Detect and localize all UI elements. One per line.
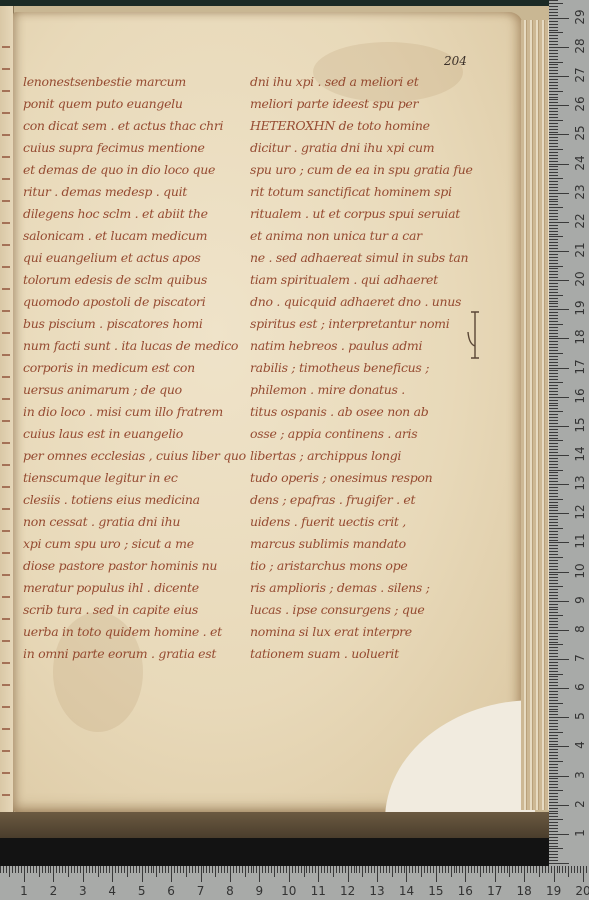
ruler-tick xyxy=(549,184,558,185)
ruler-tick xyxy=(549,0,558,1)
ruler-tick xyxy=(549,146,558,147)
ruler-tick xyxy=(74,866,75,873)
repair-patch xyxy=(385,700,535,824)
ruler-tick xyxy=(549,207,563,208)
ruler-tick xyxy=(415,866,416,873)
text-line: dni ihu xpi . sed a meliori et xyxy=(250,71,460,93)
ruler-tick xyxy=(549,516,558,517)
ruler-tick xyxy=(277,866,278,873)
ruler-tick xyxy=(549,837,558,838)
ruler-tick xyxy=(549,41,558,42)
ruler-tick xyxy=(549,70,558,71)
ruler-tick xyxy=(549,615,563,616)
ruler-tick xyxy=(549,353,563,354)
ruler-tick xyxy=(512,866,513,873)
ruler-tick xyxy=(549,370,558,371)
ruler-tick xyxy=(549,630,569,631)
ruler-tick xyxy=(549,574,558,575)
ruler-tick xyxy=(549,583,558,584)
ruler-tick xyxy=(549,723,558,724)
ruler-tick xyxy=(509,866,510,877)
ruler-tick xyxy=(549,117,558,118)
ruler-label: 23 xyxy=(573,183,587,201)
ruler-tick xyxy=(115,866,116,873)
ruler-tick xyxy=(549,834,569,835)
ruler-tick xyxy=(549,805,569,806)
ruler-tick xyxy=(549,598,558,599)
ruler-tick xyxy=(398,866,399,873)
ruler-tick xyxy=(206,866,207,873)
ruler-tick xyxy=(383,866,384,873)
ruler-tick xyxy=(549,347,558,348)
ruler-tick xyxy=(549,697,558,698)
ruler-tick xyxy=(304,866,305,877)
text-column-right: dni ihu xpi . sed a meliori etmeliori pa… xyxy=(250,71,460,665)
ruler-tick xyxy=(192,866,193,873)
ink-fragment xyxy=(2,794,10,796)
ruler-tick xyxy=(112,866,113,882)
ruler-tick xyxy=(549,446,558,447)
ruler-tick xyxy=(242,866,243,873)
ruler-tick xyxy=(549,254,558,255)
ruler-tick xyxy=(124,866,125,873)
ruler-tick xyxy=(145,866,146,873)
ruler-tick xyxy=(549,857,558,858)
ruler-tick xyxy=(380,866,381,873)
ruler-tick xyxy=(100,866,101,873)
ruler-tick xyxy=(549,604,558,605)
ruler-tick xyxy=(549,111,558,112)
text-line: uersus animarum ; de quo xyxy=(23,379,233,401)
ruler-tick xyxy=(549,752,558,753)
ruler-tick xyxy=(549,542,569,543)
ruler-tick xyxy=(549,196,558,197)
text-line: per omnes ecclesias , cuius liber quo xyxy=(23,445,233,467)
ruler-tick xyxy=(53,866,54,882)
ruler-tick xyxy=(549,487,558,488)
ruler-tick xyxy=(103,866,104,873)
ruler-label: 17 xyxy=(487,884,502,898)
ruler-tick xyxy=(549,773,558,774)
ruler-tick xyxy=(333,866,334,877)
ink-fragment xyxy=(2,420,10,422)
ruler-tick xyxy=(549,534,558,535)
ruler-label: 5 xyxy=(573,707,587,725)
ruler-tick xyxy=(549,735,558,736)
ruler-tick xyxy=(151,866,152,873)
ruler-tick xyxy=(286,866,287,873)
ink-fragment xyxy=(2,662,10,664)
text-line: tio ; aristarchus mons ope xyxy=(250,555,460,577)
ink-fragment xyxy=(2,728,10,730)
ruler-tick xyxy=(549,30,558,31)
ruler-label: 20 xyxy=(575,884,589,898)
ruler-tick xyxy=(42,866,43,873)
ink-fragment xyxy=(2,596,10,598)
ruler-tick xyxy=(549,496,558,497)
ruler-tick xyxy=(162,866,163,873)
ruler-tick xyxy=(549,653,558,654)
text-line: diose pastore pastor hominis nu xyxy=(23,555,233,577)
ruler-label: 22 xyxy=(573,212,587,230)
ruler-tick xyxy=(549,166,558,167)
ruler-tick xyxy=(549,330,558,331)
ruler-tick xyxy=(549,802,558,803)
ruler-tick xyxy=(549,612,558,613)
ruler-label: 2 xyxy=(50,884,58,898)
ruler-tick xyxy=(549,481,558,482)
ruler-tick xyxy=(549,59,558,60)
ruler-tick xyxy=(98,866,99,877)
ruler-tick xyxy=(251,866,252,873)
ruler-tick xyxy=(549,365,558,366)
ruler-tick xyxy=(465,866,466,882)
ruler-tick xyxy=(549,140,558,141)
ruler-tick xyxy=(549,164,569,165)
ruler-tick xyxy=(227,866,228,873)
ruler-tick xyxy=(549,327,558,328)
ruler-tick xyxy=(392,866,393,877)
ruler-tick xyxy=(433,866,434,873)
ruler-tick xyxy=(549,822,558,823)
ruler-tick xyxy=(549,18,569,19)
ruler-tick xyxy=(436,866,437,882)
ruler-tick xyxy=(549,432,558,433)
ruler-tick xyxy=(549,502,558,503)
ruler-tick xyxy=(549,91,563,92)
ruler-tick xyxy=(549,426,569,427)
ruler-tick xyxy=(549,321,558,322)
ruler-tick xyxy=(549,190,558,191)
ruler-tick xyxy=(549,811,558,812)
ruler-tick xyxy=(549,659,569,660)
text-line: dno . quicquid adhaeret dno . unus xyxy=(250,291,460,313)
ruler-tick xyxy=(268,866,269,873)
ruler-label: 6 xyxy=(167,884,175,898)
ruler-tick xyxy=(24,866,25,882)
ruler-tick xyxy=(315,866,316,873)
ruler-tick xyxy=(298,866,299,873)
marginal-mark-icon xyxy=(465,310,481,360)
ruler-tick xyxy=(45,866,46,873)
ruler-tick xyxy=(549,27,558,28)
ruler-label: 13 xyxy=(573,474,587,492)
ruler-tick xyxy=(549,64,558,65)
ink-fragment xyxy=(2,552,10,554)
ruler-tick xyxy=(549,213,558,214)
text-line: ris amplioris ; demas . silens ; xyxy=(250,577,460,599)
ruler-tick xyxy=(549,746,569,747)
ruler-tick xyxy=(507,866,508,873)
ruler-tick xyxy=(549,420,558,421)
ruler-tick xyxy=(365,866,366,873)
ruler-tick xyxy=(283,866,284,873)
ruler-label: 1 xyxy=(20,884,28,898)
ruler-tick xyxy=(549,566,558,567)
ruler-tick xyxy=(549,175,558,176)
ink-fragment xyxy=(2,310,10,312)
ruler-tick xyxy=(318,866,319,882)
ruler-tick xyxy=(549,846,558,847)
ink-fragment xyxy=(2,464,10,466)
text-line: lenonestsenbestie marcum xyxy=(23,71,233,93)
ruler-tick xyxy=(459,866,460,873)
ruler-tick xyxy=(130,866,131,873)
ruler-tick xyxy=(156,866,157,877)
ruler-tick xyxy=(548,866,549,873)
ruler-tick xyxy=(549,94,558,95)
ruler-tick xyxy=(306,866,307,873)
text-line: quomodo apostoli de piscatori xyxy=(23,291,233,313)
ruler-tick xyxy=(549,376,558,377)
ruler-tick xyxy=(536,866,537,873)
ruler-tick xyxy=(330,866,331,873)
ruler-tick xyxy=(549,210,558,211)
ruler-tick xyxy=(549,851,558,852)
ruler-tick xyxy=(456,866,457,873)
ruler-tick xyxy=(549,848,563,849)
ruler-tick xyxy=(549,414,558,415)
ruler-tick xyxy=(549,271,558,272)
ruler-tick xyxy=(549,251,569,252)
ruler-tick xyxy=(549,286,558,287)
ruler-tick xyxy=(127,866,128,877)
ruler-tick xyxy=(386,866,387,873)
ruler-tick xyxy=(549,592,558,593)
ruler-label: 18 xyxy=(517,884,532,898)
ink-fragment xyxy=(2,200,10,202)
ruler-tick xyxy=(521,866,522,873)
ruler-tick xyxy=(571,866,572,873)
ruler-tick xyxy=(351,866,352,873)
previous-leaf-edge xyxy=(0,6,14,826)
ruler-tick xyxy=(549,277,558,278)
ink-fragment xyxy=(2,750,10,752)
ruler-tick xyxy=(195,866,196,873)
ruler-tick xyxy=(549,283,558,284)
ruler-tick xyxy=(549,85,558,86)
ruler-tick xyxy=(106,866,107,873)
ruler-tick xyxy=(280,866,281,873)
ruler-label: 20 xyxy=(573,270,587,288)
ruler-tick xyxy=(549,560,558,561)
ruler-tick xyxy=(549,225,558,226)
ruler-tick xyxy=(549,356,558,357)
ruler-tick xyxy=(186,866,187,877)
ruler-tick xyxy=(549,411,563,412)
ruler-tick xyxy=(495,866,496,882)
ink-fragment xyxy=(2,530,10,532)
ruler-tick xyxy=(549,726,558,727)
ruler-tick xyxy=(295,866,296,873)
ruler-tick xyxy=(549,507,558,508)
ruler-tick xyxy=(549,563,558,564)
ruler-tick xyxy=(471,866,472,873)
ruler-tick xyxy=(549,362,558,363)
ruler-tick xyxy=(549,510,558,511)
text-line: HETEROXHN de toto homine xyxy=(250,115,460,137)
ruler-tick xyxy=(15,866,16,873)
ruler-tick xyxy=(549,260,558,261)
ruler-tick xyxy=(549,732,563,733)
ink-fragment xyxy=(2,684,10,686)
ruler-label: 25 xyxy=(573,124,587,142)
ruler-tick xyxy=(549,671,558,672)
text-line: in omni parte eorum . gratia est xyxy=(23,643,233,665)
ruler-label: 19 xyxy=(573,299,587,317)
ruler-label: 14 xyxy=(573,445,587,463)
ruler-label: 10 xyxy=(281,884,296,898)
ruler-tick xyxy=(549,193,569,194)
ink-fragment xyxy=(2,68,10,70)
ruler-tick xyxy=(549,505,558,506)
ruler-tick xyxy=(549,438,558,439)
ruler-tick xyxy=(549,813,558,814)
text-line: natim hebreos . paulus admi xyxy=(250,335,460,357)
text-line: et anima non unica tur a car xyxy=(250,225,460,247)
ruler-tick xyxy=(549,257,558,258)
ruler-tick xyxy=(549,580,558,581)
ruler-tick xyxy=(549,216,558,217)
ink-fragment xyxy=(2,244,10,246)
ruler-tick xyxy=(168,866,169,873)
ruler-tick xyxy=(549,493,558,494)
ruler-tick xyxy=(549,67,558,68)
text-line: dicitur . gratia dni ihu xpi cum xyxy=(250,137,460,159)
ruler-tick xyxy=(468,866,469,873)
ruler-tick xyxy=(527,866,528,873)
ruler-tick xyxy=(549,324,563,325)
ruler-tick xyxy=(549,359,558,360)
ruler-tick xyxy=(549,435,558,436)
ruler-tick xyxy=(549,312,558,313)
ruler-tick xyxy=(549,44,558,45)
ruler-tick xyxy=(524,866,525,882)
ruler-label: 29 xyxy=(573,8,587,26)
ruler-tick xyxy=(9,866,10,877)
ruler-tick xyxy=(549,315,558,316)
ruler-tick xyxy=(549,234,558,235)
ruler-tick xyxy=(549,137,558,138)
ink-fragment xyxy=(2,46,10,48)
ruler-tick xyxy=(142,866,143,882)
ruler-label: 3 xyxy=(79,884,87,898)
ruler-tick xyxy=(549,470,563,471)
ruler-tick xyxy=(80,866,81,873)
ruler-tick xyxy=(406,866,407,882)
text-line: spiritus est ; interpretantur nomi xyxy=(250,313,460,335)
ruler-tick xyxy=(549,776,569,777)
ruler-tick xyxy=(342,866,343,873)
ruler-tick xyxy=(549,443,558,444)
ruler-tick xyxy=(549,388,558,389)
text-line: ne . sed adhaereat simul in subs tan xyxy=(250,247,460,269)
ruler-tick xyxy=(274,866,275,877)
ruler-tick xyxy=(549,452,558,453)
ruler-tick xyxy=(71,866,72,873)
ruler-tick xyxy=(549,35,558,36)
ruler-tick xyxy=(0,866,1,873)
ruler-tick xyxy=(549,126,558,127)
ruler-tick xyxy=(549,665,558,666)
ruler-tick xyxy=(133,866,134,873)
ruler-tick xyxy=(239,866,240,873)
ruler-tick xyxy=(577,866,578,873)
ruler-tick xyxy=(549,199,558,200)
text-line: philemon . mire donatus . xyxy=(250,379,460,401)
ruler-tick xyxy=(427,866,428,873)
ruler-tick xyxy=(356,866,357,873)
ruler-tick xyxy=(549,586,563,587)
text-line: meliori parte ideest spu per xyxy=(250,93,460,115)
ruler-tick xyxy=(583,866,584,882)
ruler-label: 7 xyxy=(573,649,587,667)
ruler-tick xyxy=(549,82,558,83)
ruler-tick xyxy=(483,866,484,873)
ruler-tick xyxy=(549,245,558,246)
ruler-tick xyxy=(418,866,419,873)
text-line: tienscumque legitur in ec xyxy=(23,467,233,489)
text-line: osse ; appia continens . aris xyxy=(250,423,460,445)
ruler-tick xyxy=(549,187,558,188)
ruler-tick xyxy=(549,298,558,299)
ink-fragment xyxy=(2,178,10,180)
ruler-tick xyxy=(549,589,558,590)
ruler-tick xyxy=(18,866,19,873)
ruler-tick xyxy=(549,155,558,156)
text-line: spu uro ; cum de ea in spu gratia fue xyxy=(250,159,460,181)
ruler-tick xyxy=(549,274,558,275)
ruler-tick xyxy=(549,758,558,759)
ruler-tick xyxy=(549,222,569,223)
ruler-tick xyxy=(549,172,558,173)
ruler-tick xyxy=(549,417,558,418)
ruler-tick xyxy=(327,866,328,873)
ruler-tick xyxy=(549,738,558,739)
ruler-tick xyxy=(559,866,560,873)
text-line: dilegens hoc sclm . et abiit the xyxy=(23,203,233,225)
ruler-tick xyxy=(549,770,558,771)
ruler-tick xyxy=(215,866,216,877)
ruler-tick xyxy=(549,15,558,16)
ruler-tick xyxy=(549,385,558,386)
ruler-tick xyxy=(549,569,558,570)
ruler-tick xyxy=(189,866,190,873)
ruler-tick xyxy=(409,866,410,873)
ruler-label: 9 xyxy=(256,884,264,898)
ruler-tick xyxy=(549,423,558,424)
ruler-tick xyxy=(486,866,487,873)
ruler-label: 24 xyxy=(573,154,587,172)
ruler-tick xyxy=(549,341,558,342)
ruler-tick xyxy=(549,231,558,232)
ruler-tick xyxy=(549,114,558,115)
ruler-tick xyxy=(309,866,310,873)
ruler-tick xyxy=(549,639,558,640)
ruler-tick xyxy=(549,123,558,124)
ruler-tick xyxy=(549,32,563,33)
ink-fragment xyxy=(2,772,10,774)
text-line: nomina si lux erat interpre xyxy=(250,621,460,643)
ruler-tick xyxy=(221,866,222,873)
ruler-tick xyxy=(549,24,558,25)
ruler-tick xyxy=(6,866,7,873)
ink-fragment xyxy=(2,706,10,708)
ruler-tick xyxy=(549,382,563,383)
ruler-tick xyxy=(549,685,558,686)
ruler-tick xyxy=(549,3,563,4)
ruler-tick xyxy=(549,537,558,538)
